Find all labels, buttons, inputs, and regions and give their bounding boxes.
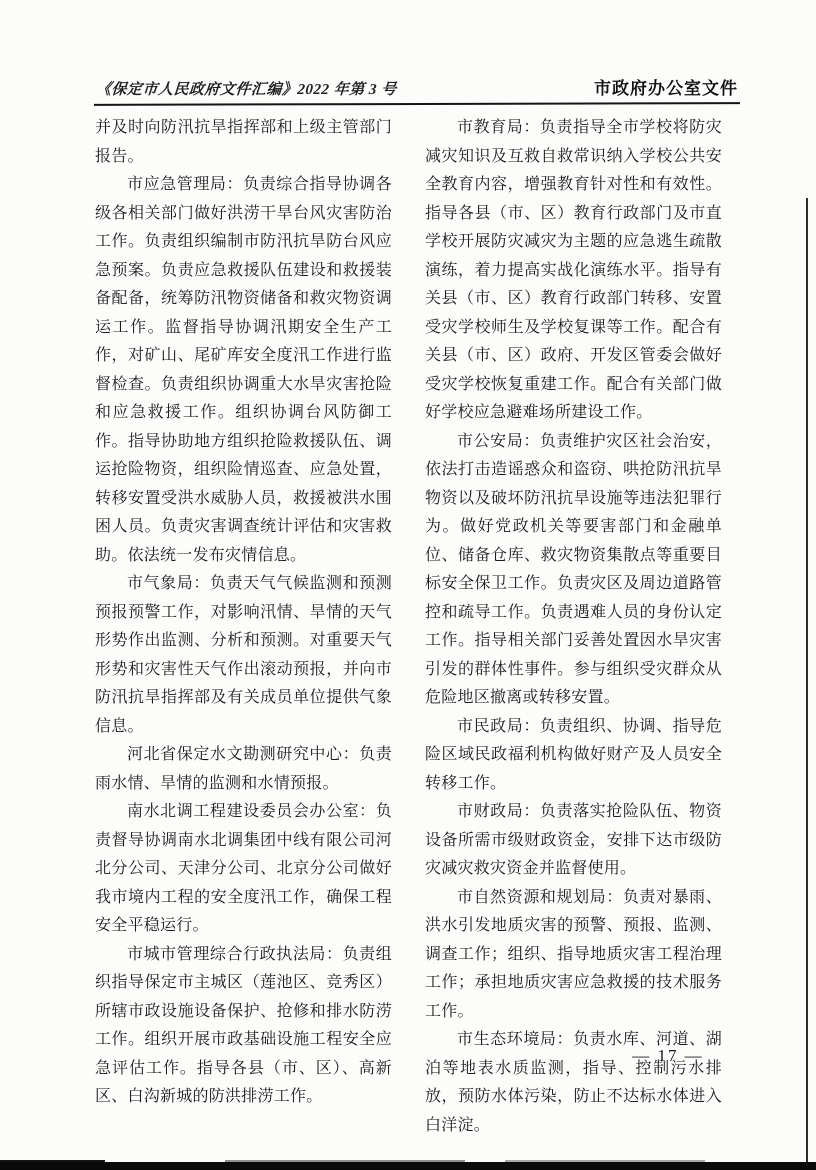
paragraph: 市气象局：负责天气气候监测和预测预报预警工作，对影响汛情、旱情的天气形势作出监测…	[95, 570, 392, 741]
paragraph: 市生态环境局：负责水库、河道、湖泊等地表水质监测，指导、控制污水排放，预防水体污…	[425, 1026, 722, 1140]
scan-artifact-bottom-edge	[0, 1162, 816, 1170]
header-rule	[94, 102, 740, 106]
left-column: 并及时向防汛抗旱指挥部和上级主管部门报告。市应急管理局：负责综合指导协调各级各相…	[95, 114, 392, 1140]
scan-artifact-right-edge	[806, 198, 808, 1162]
paragraph: 市财政局：负责落实抢险队伍、物资设备所需市级财政资金，安排下达市级防灾减灾救灾资…	[425, 798, 722, 884]
page-header: 《保定市人民政府文件汇编》2022 年第 3 号 市政府办公室文件	[96, 74, 738, 99]
document-category-title: 市政府办公室文件	[594, 74, 738, 99]
paragraph: 市自然资源和规划局：负责对暴雨、洪水引发地质灾害的预警、预报、监测、调查工作；组…	[425, 884, 722, 1027]
paragraph: 南水北调工程建设委员会办公室：负责督导协调南水北调集团中线有限公司河北分公司、天…	[95, 798, 392, 941]
paragraph: 市民政局：负责组织、协调、指导危险区域民政福利机构做好财产及人员安全转移工作。	[425, 713, 722, 799]
document-page: 《保定市人民政府文件汇编》2022 年第 3 号 市政府办公室文件 并及时向防汛…	[0, 0, 816, 1170]
paragraph: 河北省保定水文勘测研究中心：负责雨水情、旱情的监测和水情预报。	[95, 741, 392, 798]
paragraph: 市公安局：负责维护灾区社会治安，依法打击造谣惑众和盗窃、哄抢防汛抗旱物资以及破坏…	[425, 428, 722, 713]
page-number: — 17 —	[632, 1046, 704, 1065]
page-footer: — 17 —	[618, 1046, 718, 1066]
document-body: 并及时向防汛抗旱指挥部和上级主管部门报告。市应急管理局：负责综合指导协调各级各相…	[95, 114, 723, 1140]
paragraph: 市城市管理综合行政执法局：负责组织指导保定市主城区（莲池区、竞秀区）所辖市政设施…	[95, 941, 392, 1112]
paragraph: 并及时向防汛抗旱指挥部和上级主管部门报告。	[95, 114, 392, 171]
journal-title: 《保定市人民政府文件汇编》2022 年第 3 号	[95, 78, 397, 99]
paragraph: 市应急管理局：负责综合指导协调各级各相关部门做好洪涝干旱台风灾害防治工作。负责组…	[95, 171, 392, 570]
paragraph: 市教育局：负责指导全市学校将防灾减灾知识及互救自救常识纳入学校公共安全教育内容，…	[425, 114, 722, 428]
right-column: 市教育局：负责指导全市学校将防灾减灾知识及互救自救常识纳入学校公共安全教育内容，…	[425, 114, 722, 1140]
